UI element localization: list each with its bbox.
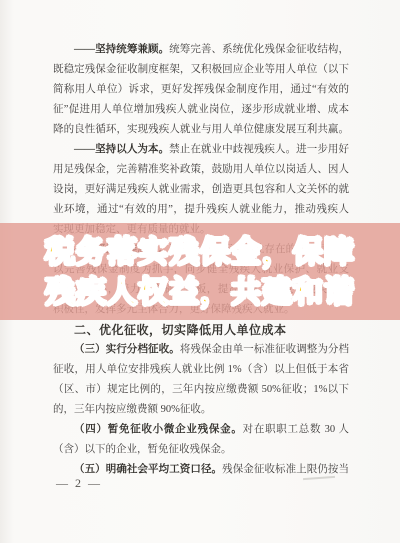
- document-line: 征收，用人单位安排残疾人就业比例 1%（含）以上但低于本省: [53, 360, 349, 380]
- document-line: （含）以下的企业，暂免征收残保金。: [53, 440, 349, 460]
- document-line: 业环境，通过“有效的用”，提升残疾人就业能力，推动残疾人: [53, 200, 349, 220]
- watermark-headline-line1: 税务落实残保金，保障: [0, 233, 400, 273]
- section-heading: 二、优化征收，切实降低用人单位成本: [53, 320, 349, 340]
- document-line: ——坚持统筹兼顾。统筹完善、系统优化残保金征收结构，: [53, 40, 349, 60]
- watermark-headline-line2: 残疾人权益，共建和谐: [0, 273, 400, 313]
- document-line: 降的良性循环，实现残疾人就业与用人单位健康发展互利共赢。: [53, 120, 349, 140]
- document-line: （四）暂免征收小微企业残保金。对在职职工总数 30 人: [53, 420, 349, 440]
- document-line: （区、市）规定比例的，三年内按应缴费额 50%征收；1%以下: [53, 380, 349, 400]
- document-line: （三）实行分档征收。将残保金由单一标准征收调整为分档: [53, 340, 349, 360]
- document-line: 的，三年内按应缴费额 90%征收。: [53, 400, 349, 420]
- document-line: 征”促进用人单位增加残疾人就业岗位，逐步形成就业增、成本: [53, 100, 349, 120]
- document-line: ——坚持以人为本。禁止在就业中歧视残疾人。进一步用好: [53, 140, 349, 160]
- document-line: 简称用人单位）诉求，更好发挥残保金制度作用，通过“有效的: [53, 80, 349, 100]
- document-page-photo: ——坚持统筹兼顾。统筹完善、系统优化残保金征收结构，既稳定残保金征收制度框架，又…: [0, 0, 400, 543]
- document-line: 用足残保金，完善精准奖补政策，鼓励用人单位以岗适人、因人: [53, 160, 349, 180]
- document-line: 既稳定残保金征收制度框架，又积极回应企业等用人单位（以下: [53, 60, 349, 80]
- watermark-headline: 税务落实残保金，保障 残疾人权益，共建和谐: [0, 233, 400, 313]
- page-number: — 2 —: [56, 476, 102, 491]
- document-line: 设岗，更好满足残疾人就业需求，创造更具包容和人文关怀的就: [53, 180, 349, 200]
